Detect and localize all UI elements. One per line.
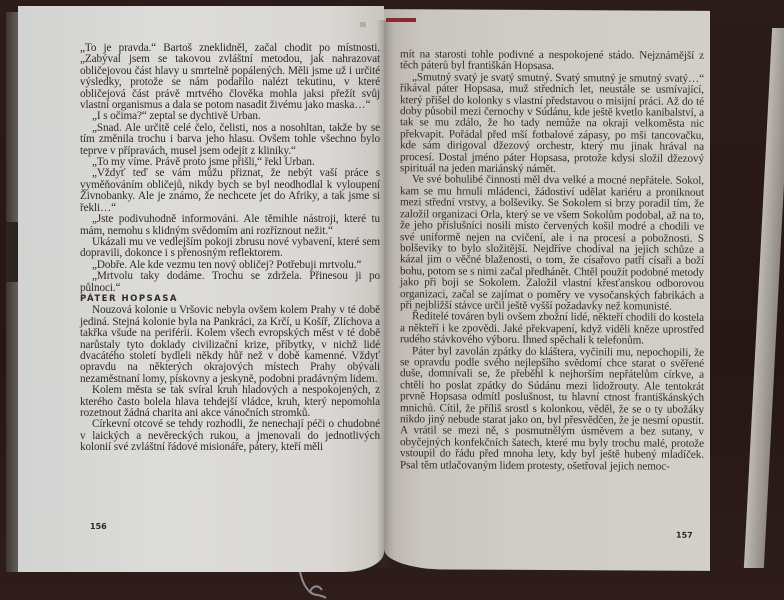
book-page-edges-right [744,28,784,568]
page-number-left: 156 [90,522,107,531]
paragraph: Kolem města se tak svíral kruh hladových… [80,385,380,419]
bookmark-thread-icon [296,570,336,600]
paragraph-continuation: mít na starosti tohle podivné a nespokoj… [400,49,704,73]
paragraph: Ředitelé továren byli ovšem zbožní lidé,… [400,312,704,348]
bookmark-ribbon-top [360,22,366,27]
paragraph: Církevní otcové se tehdy rozhodli, že ne… [80,419,380,453]
paragraph: Páter byl zavolán zpátky do kláštera, vy… [400,346,704,473]
paragraph: „Snad. Ale určitě celé čelo, čelisti, no… [80,123,380,157]
left-page-text: „To je pravda.“ Bartoš zneklidněl, začal… [80,43,380,454]
paragraph: Ukázali mu ve vedlejším pokoji zbrusu no… [80,237,380,260]
paragraph: „To je pravda.“ Bartoš zneklidněl, začal… [80,43,380,111]
paragraph: „Jste podivuhodně informováni. Ale těmih… [80,214,380,237]
paragraph: „Vždyť teď se vám můžu přiznat, že nebýt… [80,168,380,214]
paragraph: Ve své bohulibé činnosti měl dva velké a… [400,175,704,313]
left-page: „To je pravda.“ Bartoš zneklidněl, začal… [18,6,384,572]
book-spine-gutter [376,20,394,568]
right-page-text: mít na starosti tohle podivné a nespokoj… [400,49,704,473]
paragraph: „Smutný svatý je svatý smutný. Svatý smu… [400,72,704,176]
book-headband [386,18,416,22]
paragraph: „Mrtvolu taky dodáme. Trochu se zdržela.… [80,271,380,294]
paragraph: Nouzová kolonie u Vršovic nebyla ovšem k… [80,305,380,385]
page-number-right: 157 [676,531,693,540]
right-page: mít na starosti tohle podivné a nespokoj… [384,9,710,571]
